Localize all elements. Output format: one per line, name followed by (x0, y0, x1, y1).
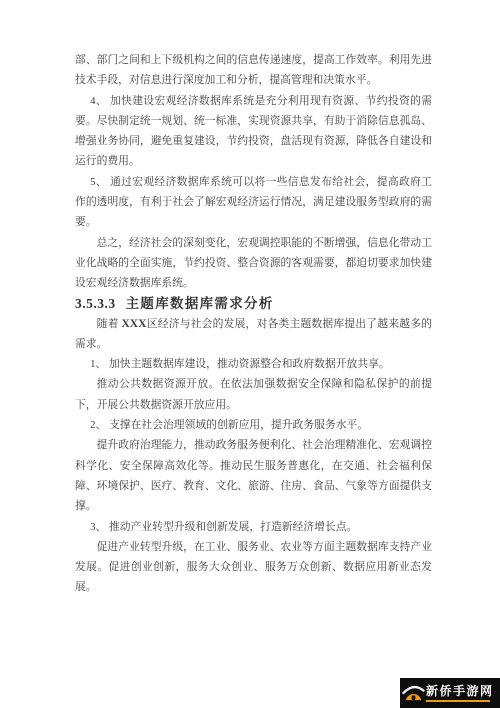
house-icon (402, 681, 425, 704)
summary-paragraph: 总之，经济社会的深刻变化，宏观调控职能的不断增强，信息化带动工业化战略的全面实施… (75, 233, 432, 294)
site-name-text: 新侨手游网 (426, 684, 494, 698)
body-paragraph: 部、部门之间和上下级机构之间的信息传递速度，提高工作效率。利用先进技术手段，对信… (75, 50, 432, 91)
numbered-item-1: 1、 加快主题数据库建设，推动资源整合和政府数据开放共享。 (75, 354, 432, 374)
intro-prefix: 随着 (97, 318, 122, 330)
section-title: 主题库数据库需求分析 (126, 296, 274, 311)
site-watermark-logo: 新侨手游网 (400, 678, 500, 708)
section-number: 3.5.3.3 (75, 296, 116, 311)
body-paragraph: 提升政府治理能力，推动政务服务便利化、社会治理精准化、宏观调控科学化、安全保障高… (75, 435, 432, 516)
document-content: 部、部门之间和上下级机构之间的信息传递速度，提高工作效率。利用先进技术手段，对信… (75, 50, 432, 598)
body-paragraph: 促进产业转型升级，在工业、服务业、农业等方面主题数据库支持产业发展。促进创业创新… (75, 537, 432, 598)
numbered-item-2: 2、 支撑在社会治理领域的创新应用，提升政务服务水平。 (75, 415, 432, 435)
numbered-item-5: 5、 通过宏观经济数据库系统可以将一些信息发布给社会，提高政府工作的透明度，有利… (75, 172, 432, 233)
logo-tagline-bar (426, 700, 490, 702)
intro-paragraph: 随着 XXX区经济与社会的发展，对各类主题数据库提出了越来越多的需求。 (75, 314, 432, 355)
section-heading: 3.5.3.3主题库数据库需求分析 (75, 294, 432, 314)
body-paragraph: 推动公共数据资源开放。在依法加强数据安全保障和隐私保护的前提下，开展公共数据资源… (75, 374, 432, 415)
numbered-item-3: 3、 推动产业转型升级和创新发展，打造新经济增长点。 (75, 517, 432, 537)
numbered-item-4: 4、 加快建设宏观经济数据库系统是充分利用现有资源、节约投资的需要。尽快制定统一… (75, 91, 432, 172)
region-placeholder: XXX (121, 317, 146, 330)
